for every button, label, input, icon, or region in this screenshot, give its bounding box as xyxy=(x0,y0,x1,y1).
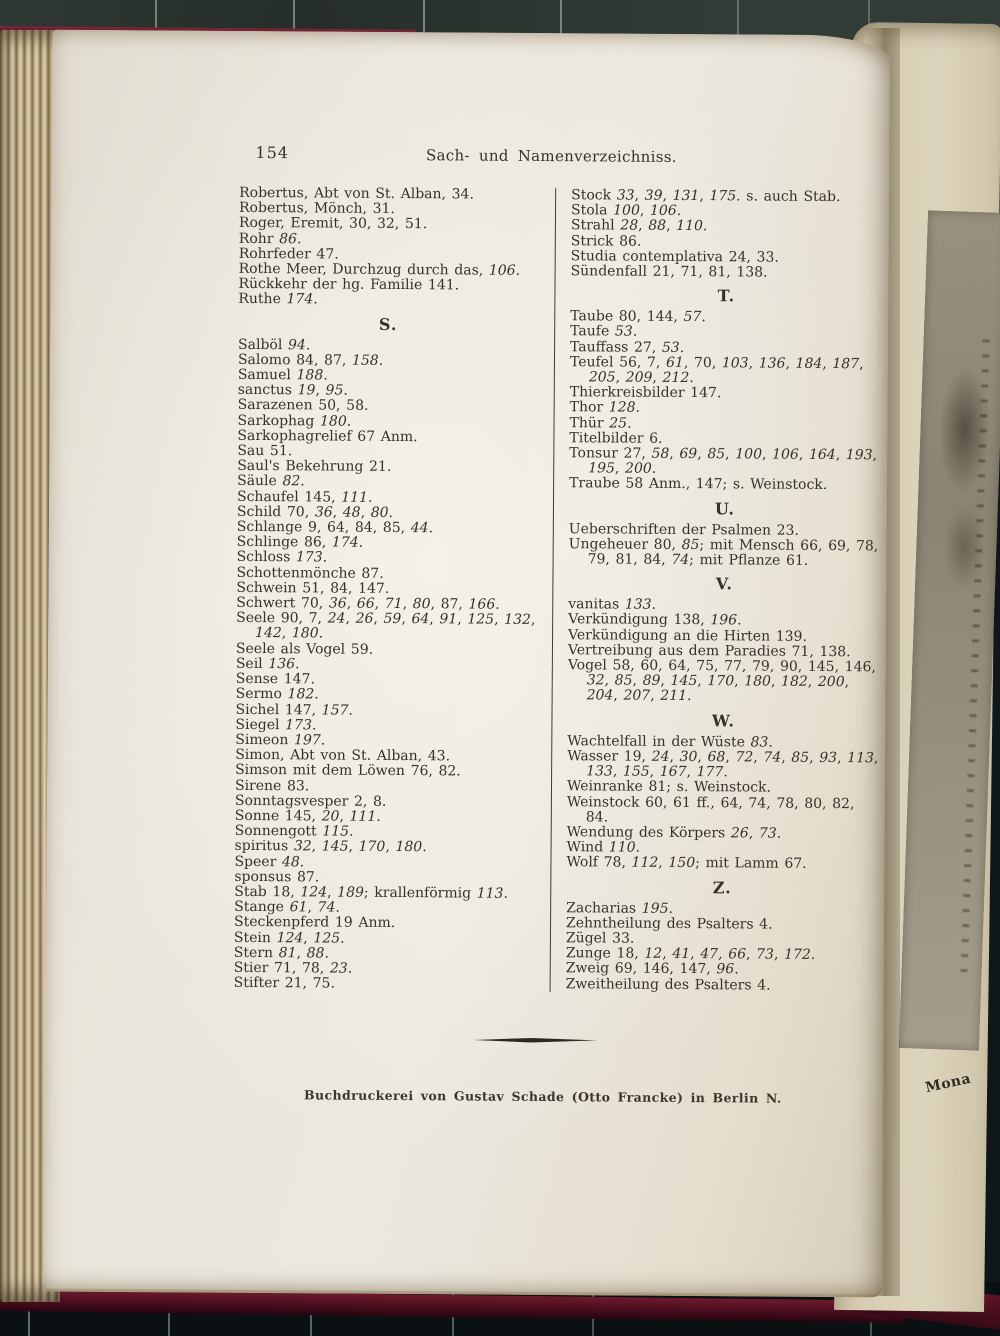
index-entry: Sündenfall 21, 71, 81, 138. xyxy=(571,264,883,281)
printer-imprint: Buchdruckerei von Gustav Schade (Otto Fr… xyxy=(193,1087,893,1107)
book-page: 154 Sach- und Namenverzeichniss. Robertu… xyxy=(43,30,890,1298)
section-heading: W. xyxy=(567,711,879,731)
index-entry: Wolf 78, 112, 150; mit Lamm 67. xyxy=(566,856,878,873)
index-entry: Zweitheilung des Psalters 4. xyxy=(566,977,878,994)
index-entry: Seele 90, 7, 24, 26, 59, 64, 91, 125, 13… xyxy=(236,611,536,643)
swelled-rule-ornament xyxy=(473,1030,597,1041)
index-columns: Robertus, Abt von St. Alban, 34.Robertus… xyxy=(234,186,892,996)
section-heading: Z. xyxy=(566,878,878,898)
section-heading: U. xyxy=(569,499,881,519)
adjacent-page-plate-image xyxy=(899,210,1000,1050)
section-heading: S. xyxy=(238,315,538,335)
section-heading: T. xyxy=(570,286,882,306)
index-entry: Teufel 56, 7, 61, 70, 103, 136, 184, 187… xyxy=(570,355,882,388)
index-entry: Tonsur 27, 58, 69, 85, 100, 106, 164, 19… xyxy=(569,446,881,479)
index-entry: Stifter 21, 75. xyxy=(234,976,534,993)
index-entry: Weinstock 60, 61 ff., 64, 74, 78, 80, 82… xyxy=(567,795,879,828)
photograph-of-book-page: { "page": { "folio": "154", "running_tit… xyxy=(0,0,1000,1336)
page-number: 154 xyxy=(255,143,289,162)
section-heading: V. xyxy=(568,574,880,594)
index-column-right: Stock 33, 39, 131, 175. s. auch Stab.Sto… xyxy=(550,188,884,994)
index-entry: Ungeheuer 80, 85; mit Mensch 66, 69, 78,… xyxy=(569,537,881,570)
adjacent-page-visible-text: Mona xyxy=(924,1071,972,1096)
running-title: Sach- und Namenverzeichniss. xyxy=(371,146,731,167)
index-column-left: Robertus, Abt von St. Alban, 34.Robertus… xyxy=(234,186,540,993)
index-entry: Ruthe 174. xyxy=(238,292,538,309)
index-entry: Vogel 58, 60, 64, 75, 77, 79, 90, 145, 1… xyxy=(568,658,880,706)
index-entry: Traube 58 Anm., 147; s. Weinstock. xyxy=(569,477,881,494)
index-entry: Wasser 19, 24, 30, 68, 72, 74, 85, 93, 1… xyxy=(567,749,879,782)
